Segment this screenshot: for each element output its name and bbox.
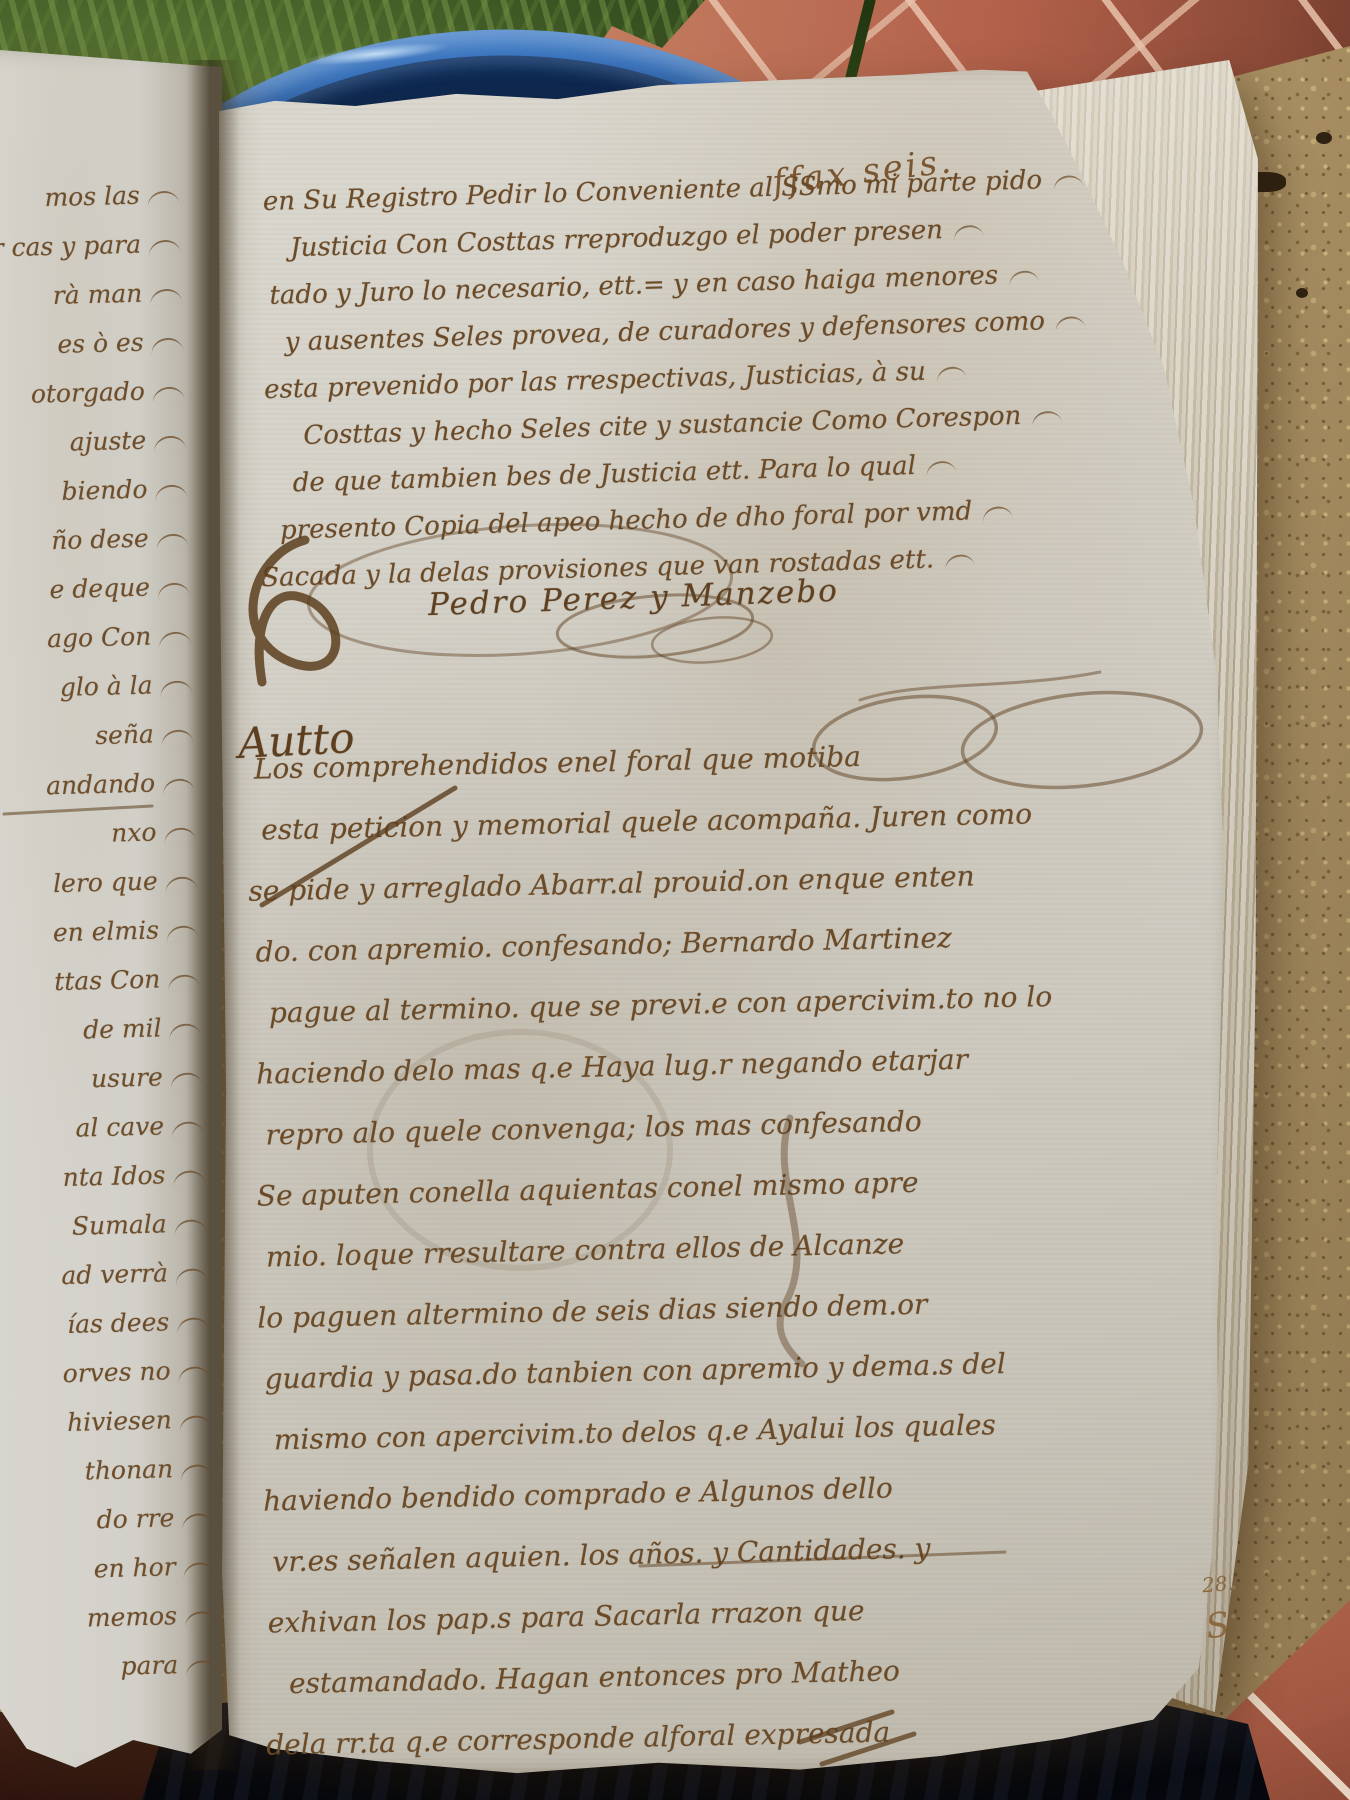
manuscript-line-fragment: seña xyxy=(0,708,193,762)
flourish-mark xyxy=(165,924,199,943)
flourish-mark xyxy=(178,1414,212,1433)
manuscript-line-fragment: memos xyxy=(17,1590,216,1644)
flourish-mark xyxy=(179,1463,213,1482)
manuscript-line-fragment: orves no xyxy=(11,1345,210,1399)
flourish-mark xyxy=(152,434,186,453)
flourish-mark xyxy=(174,1267,208,1286)
flourish-mark xyxy=(161,777,195,796)
flourish-mark xyxy=(169,1071,203,1090)
manuscript-line-fragment: mos las xyxy=(0,170,179,224)
manuscript-line-fragment: ad verrà xyxy=(8,1247,207,1301)
flourish-mark xyxy=(173,1218,207,1237)
flourish-mark xyxy=(160,728,194,747)
flourish-mark xyxy=(146,189,180,208)
flourish-mark xyxy=(177,1365,211,1384)
petition-paragraph: en Su Registro Pedir lo Conveniente al S… xyxy=(250,157,1071,602)
manuscript-line-fragment: otorgado xyxy=(0,366,184,420)
flourish-mark xyxy=(182,1561,216,1580)
manuscript-line-fragment: andando xyxy=(0,757,195,811)
margin-letter: S xyxy=(1203,1605,1232,1648)
flourish-mark xyxy=(184,1659,218,1678)
flourish-mark xyxy=(164,875,198,894)
flourish-mark xyxy=(156,581,190,600)
flourish-mark xyxy=(151,385,185,404)
manuscript-line-fragment: ías dees xyxy=(10,1296,209,1350)
flourish-mark xyxy=(172,1169,206,1188)
manuscript-line-fragment: en hor xyxy=(16,1541,215,1595)
flourish-mark xyxy=(163,826,197,845)
manuscript-line-fragment: glo à la xyxy=(0,660,192,714)
manuscript-line-fragment: Sumala xyxy=(7,1198,206,1252)
flourish-mark xyxy=(158,630,192,649)
manuscript-line-fragment: do rre xyxy=(15,1492,214,1546)
left-page-line-endings: mos lasr cas y pararà manes ò esotorgado… xyxy=(0,170,218,1694)
manuscript-line-fragment: usure xyxy=(3,1051,202,1105)
manuscript-line-fragment: biendo xyxy=(0,464,187,518)
flourish-mark xyxy=(154,483,188,502)
manuscript-line-fragment: en elmis xyxy=(0,904,199,958)
manuscript-line-fragment: thonan xyxy=(14,1443,213,1497)
manuscript-line-fragment: para xyxy=(19,1639,218,1693)
flourish-mark xyxy=(170,1120,204,1139)
flourish-mark xyxy=(168,1022,202,1041)
manuscript-line-fragment: r cas y para xyxy=(0,219,181,273)
manuscript-line-fragment: e deque xyxy=(0,562,190,616)
flourish-mark xyxy=(159,679,193,698)
auto-decree-paragraph: Los comprehendidos enel foral que motiba… xyxy=(245,721,1097,1775)
flourish-mark xyxy=(183,1610,217,1629)
manuscript-line-fragment: es ò es xyxy=(0,317,183,371)
manuscript-line-fragment: ño dese xyxy=(0,513,188,567)
flourish-mark xyxy=(167,973,201,992)
flourish-mark xyxy=(147,238,181,257)
manuscript-line-fragment: al cave xyxy=(5,1100,204,1154)
manuscript-line-fragment: de mil xyxy=(2,1002,201,1056)
manuscript-line-fragment: ajuste xyxy=(0,415,186,469)
flourish-mark xyxy=(155,532,189,551)
flourish-mark xyxy=(150,336,184,355)
photo-scene: ffax seis. mos lasr cas y pararà manes ò… xyxy=(0,0,1350,1800)
manuscript-line-fragment: ttas Con xyxy=(1,953,200,1007)
manuscript-line-fragment: nxo xyxy=(0,806,196,860)
handwritten-ink-layer: ffax seis. mos lasr cas y pararà manes ò… xyxy=(0,0,1350,1800)
flourish-mark xyxy=(149,287,183,306)
flourish-mark xyxy=(175,1316,209,1335)
flourish-mark xyxy=(181,1512,215,1531)
margin-number: 28. xyxy=(1201,1571,1235,1598)
manuscript-line-fragment: ago Con xyxy=(0,611,191,665)
manuscript-line-fragment: nta Idos xyxy=(6,1149,205,1203)
manuscript-line-fragment: lero que xyxy=(0,855,197,909)
manuscript-line-fragment: hiviesen xyxy=(12,1394,211,1448)
manuscript-line-fragment: rà man xyxy=(0,268,182,322)
